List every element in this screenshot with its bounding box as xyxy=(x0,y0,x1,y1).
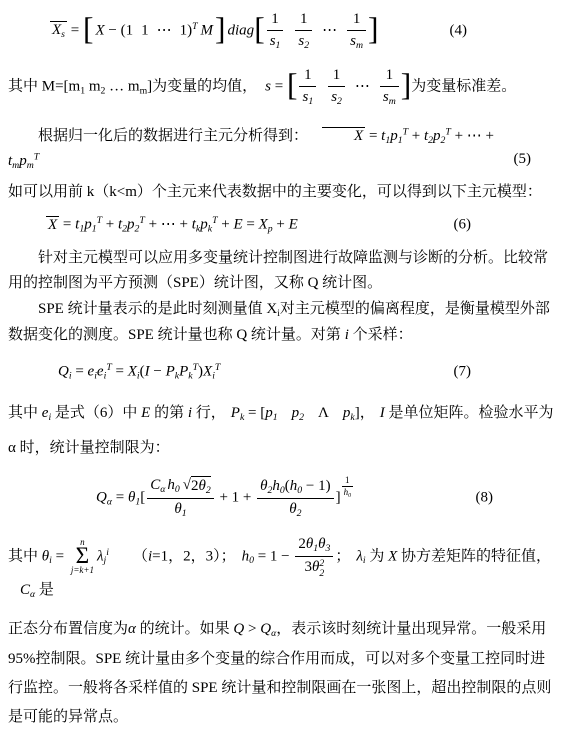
fraction: 1s1 xyxy=(267,10,284,52)
equation-number: (4) xyxy=(450,18,468,43)
math-variable: X xyxy=(203,363,212,379)
math-variable: θ xyxy=(312,559,319,575)
math-text: … m xyxy=(105,78,139,94)
equation-number: (7) xyxy=(454,359,472,384)
math-text: ⋯ xyxy=(355,78,370,94)
math-variable: X xyxy=(388,548,397,564)
fraction-denominator: s1 xyxy=(267,31,284,52)
math-text: 个采样： xyxy=(349,327,413,343)
big-bracket: [ xyxy=(287,67,298,102)
equation-body: Qi = eieiT = Xi(I − PkPkT)XiT xyxy=(58,362,220,382)
math-subscript: 3 xyxy=(326,542,331,553)
sum-lower-limit: j=k+1 xyxy=(71,566,94,575)
math-text: = xyxy=(271,78,287,94)
math-text: ⋯ xyxy=(157,22,172,38)
fraction: 1s2 xyxy=(295,10,312,52)
big-bracket: [ xyxy=(83,11,94,46)
math-variable: X xyxy=(128,363,137,379)
math-subscript: 2 xyxy=(299,412,304,423)
math-text: + xyxy=(408,128,424,144)
math-variable: p xyxy=(200,217,208,233)
fraction-numerator: 1 xyxy=(295,10,312,31)
math-text: 的统计。如果 xyxy=(136,621,234,637)
math-text: m xyxy=(85,78,100,94)
math-subscript: 2 xyxy=(337,96,342,107)
equation-number: (5) xyxy=(484,147,532,172)
math-subscript: 2 xyxy=(206,485,211,496)
math-subscript: s xyxy=(61,29,65,40)
math-text: 其中 M=[m xyxy=(8,78,80,94)
equation-number: (8) xyxy=(476,486,494,511)
para-definitions: 其中 M=[m1 m2 … mm]为变量的均值，s = [1s11s2⋯1sm]… xyxy=(8,66,559,108)
math-text: 1) xyxy=(180,22,193,38)
math-text: = xyxy=(52,548,68,564)
math-variable: E xyxy=(233,217,242,233)
math-subscript: 0 xyxy=(175,484,180,495)
math-text: ]为变量的均值， xyxy=(147,78,257,94)
math-variable: Q xyxy=(96,490,107,506)
math-text: + ⋯ + xyxy=(145,217,192,233)
overline-group: X xyxy=(322,127,365,145)
math-text: 1 xyxy=(386,67,394,83)
stack-subscript: 2 xyxy=(319,569,324,579)
math-text: （ xyxy=(133,548,148,564)
summation: nΣj=k+1 xyxy=(71,538,94,576)
math-text: + ⋯ + xyxy=(451,128,494,144)
math-subscript: 1 xyxy=(182,508,187,519)
math-text: =1，2，3）； xyxy=(152,548,235,564)
math-variable: h xyxy=(242,548,250,564)
math-variable: α xyxy=(128,621,136,637)
math-variable: C xyxy=(20,582,30,598)
para-ei-def: 其中 ei 是式（6）中 E 的第 i 行，Pk = [p1p2Λpk]，I 是… xyxy=(8,396,559,465)
fraction-denominator: s2 xyxy=(295,31,312,52)
math-text: > xyxy=(244,621,260,637)
fraction: 1sm xyxy=(347,10,366,52)
math-variable: h xyxy=(167,477,175,493)
math-subscript: m xyxy=(356,40,363,51)
math-text: [ xyxy=(140,490,145,506)
math-subscript: 0 xyxy=(348,493,351,499)
document-page: Xs = [X − (11⋯1)TM]diag[1s11s2⋯1sm](4)其中… xyxy=(0,0,567,740)
fraction-numerator: 1 xyxy=(299,66,316,87)
math-text: = xyxy=(365,128,381,144)
fraction-denominator: s2 xyxy=(328,87,345,108)
math-variable: p xyxy=(390,128,398,144)
math-text: − xyxy=(105,22,121,38)
para-k-components: 如可以用前 k（k<m）个主元来代表数据中的主要变化，可以得到以下主元模型： xyxy=(8,180,559,205)
math-variable: X xyxy=(52,22,61,38)
para-conclusion: 正态分布置信度为α 的统计。如果 Q > Qα，表示该时刻统计量出现异常。一般采… xyxy=(8,615,559,732)
fraction-numerator: θ2h0(h0 − 1) xyxy=(257,477,333,499)
equation-number: (6) xyxy=(454,213,472,238)
math-subscript: m xyxy=(27,160,34,171)
para-spc-intro: 针对主元模型可以应用多变量统计控制图进行故障监测与诊断的分析。比较常用的控制图为… xyxy=(8,246,559,296)
math-subscript: α xyxy=(160,484,165,495)
math-subscript: 1 xyxy=(308,96,313,107)
math-text: − xyxy=(150,363,166,379)
math-text: 1 xyxy=(333,67,341,83)
math-superscript: T xyxy=(192,21,197,32)
math-text: Λ xyxy=(318,405,329,421)
exponent-denominator: h0 xyxy=(342,487,353,500)
math-text: = 1 − xyxy=(254,548,293,564)
fraction-denominator: sm xyxy=(347,31,366,52)
math-text: + 1 + xyxy=(216,490,255,506)
math-text: ]， xyxy=(355,405,375,421)
exponent-numerator: 1 xyxy=(342,475,353,487)
math-variable: X xyxy=(354,128,363,144)
math-subscript: 2 xyxy=(304,40,309,51)
math-superscript: T xyxy=(215,362,220,373)
math-text: 2 xyxy=(298,536,306,552)
math-text: 其中 xyxy=(8,548,42,564)
math-text: 1 xyxy=(141,22,149,38)
math-variable: E xyxy=(289,217,298,233)
math-text: = xyxy=(112,490,128,506)
math-variable: p xyxy=(265,405,273,421)
math-subscript: 1 xyxy=(273,412,278,423)
math-text: = xyxy=(243,217,259,233)
fraction-denominator: sm xyxy=(380,87,399,108)
fraction-numerator: 1 xyxy=(380,66,399,87)
math-text: SPE 统计量表示的是此时刻测量值 X xyxy=(38,301,277,317)
math-variable: C xyxy=(150,477,160,493)
fraction: 1s2 xyxy=(328,66,345,108)
math-text: ] xyxy=(336,490,341,506)
math-text: = xyxy=(112,363,128,379)
math-text: ； xyxy=(335,548,350,564)
math-variable: P xyxy=(166,363,175,379)
big-bracket: ] xyxy=(368,11,379,46)
big-bracket: ] xyxy=(401,67,412,102)
math-variable: p xyxy=(127,217,135,233)
equation-7: Qi = eieiT = Xi(I − PkPkT)XiT(7) xyxy=(8,359,559,384)
overline-group: Xs xyxy=(50,21,67,40)
math-variable: P xyxy=(179,363,188,379)
fraction-numerator: 1 xyxy=(267,10,284,31)
math-text: 是式（6）中 xyxy=(51,405,141,421)
math-variable: diag xyxy=(228,22,255,38)
para-pca: 根据归一化后的数据进行主元分析得到：X = t1p1T + t2p2T + ⋯ … xyxy=(8,124,559,174)
math-text: 协方差矩阵的特征值， xyxy=(397,548,551,564)
math-variable: E xyxy=(141,405,150,421)
radical-icon: √ xyxy=(183,476,191,495)
math-text: 为 xyxy=(366,548,389,564)
math-text: 根据归一化后的数据进行主元分析得到： xyxy=(38,128,308,144)
fraction-denominator: s1 xyxy=(299,87,316,108)
math-text: = [ xyxy=(244,405,265,421)
fraction-numerator: 2θ1θ3 xyxy=(295,535,333,557)
math-text: ⋯ xyxy=(322,22,337,38)
math-text: 是 xyxy=(35,582,54,598)
fraction: θ2h0(h0 − 1)θ2 xyxy=(257,477,333,520)
math-variable: θ xyxy=(174,501,181,517)
math-variable: h xyxy=(272,478,280,494)
math-text: 3 xyxy=(305,559,313,575)
math-variable: θ xyxy=(289,501,296,517)
equation-4: Xs = [X − (11⋯1)TM]diag[1s11s2⋯1sm](4) xyxy=(8,10,559,52)
math-subscript: 2 xyxy=(297,508,302,519)
square-root: √2θ2 xyxy=(183,476,211,497)
equation-body: X = t1p1T + t2p2T + ⋯ + tkpkT + E = Xp +… xyxy=(46,215,298,235)
math-text: = xyxy=(67,22,83,38)
fraction-numerator: Cαh0√2θ2 xyxy=(147,476,214,499)
fraction: 2θ1θ33θ22 xyxy=(295,535,333,579)
fraction-denominator: 3θ22 xyxy=(295,557,333,579)
para-spe-meaning: SPE 统计量表示的是此时刻测量值 Xi对主元模型的偏离程度，是衡量模型外部数据… xyxy=(8,297,559,347)
math-text: 针对主元模型可以应用多变量统计控制图进行故障监测与诊断的分析。比较常用的控制图为… xyxy=(8,250,548,291)
math-variable: θ xyxy=(318,536,325,552)
overline-group: X xyxy=(46,216,59,234)
math-text: 其中 xyxy=(8,405,42,421)
math-text: 行， xyxy=(192,405,226,421)
math-variable: p xyxy=(19,153,27,169)
fraction: Cαh0√2θ2θ1 xyxy=(147,476,214,520)
equation-body: Xs = [X − (11⋯1)TM]diag[1s11s2⋯1sm] xyxy=(50,10,379,52)
math-variable: P xyxy=(231,405,240,421)
math-variable: p xyxy=(84,217,92,233)
math-variable: Q xyxy=(260,621,271,637)
math-text: 1 xyxy=(300,11,308,27)
math-text: 1 xyxy=(345,475,350,485)
sqrt-content: 2θ2 xyxy=(191,476,211,497)
equation-body: Qα = θ1[Cαh0√2θ2θ1 + 1 + θ2h0(h0 − 1)θ2]… xyxy=(96,475,353,520)
math-text: 的第 xyxy=(150,405,188,421)
math-variable: θ xyxy=(198,478,205,494)
math-text: 1 xyxy=(353,11,361,27)
sub-sup-stack: 22 xyxy=(319,559,324,579)
fraction: 1sm xyxy=(380,66,399,108)
math-variable: e xyxy=(97,363,104,379)
math-text: (1 xyxy=(121,22,134,38)
math-variable: X xyxy=(48,217,57,233)
exponent-fraction: 1h0 xyxy=(342,475,353,500)
math-variable: Q xyxy=(233,621,244,637)
math-superscript: T xyxy=(34,151,39,162)
math-superscript: i xyxy=(106,547,109,558)
sigma-icon: Σ xyxy=(71,547,94,567)
math-text: − 1) xyxy=(302,478,330,494)
math-text: + xyxy=(102,217,118,233)
fraction-numerator: 1 xyxy=(347,10,366,31)
math-text: + xyxy=(218,217,234,233)
fraction: 1s1 xyxy=(299,66,316,108)
math-text: 为变量标准差。 xyxy=(411,78,516,94)
math-variable: p xyxy=(433,128,441,144)
math-variable: M xyxy=(201,22,214,38)
fraction-numerator: 1 xyxy=(328,66,345,87)
math-text: 1 xyxy=(304,67,312,83)
para-theta-def: 其中 θi = nΣj=k+1λji（i=1，2，3）；h0 = 1 − 2θ1… xyxy=(8,535,559,604)
big-bracket: [ xyxy=(254,11,265,46)
equation-6: X = t1p1T + t2p2T + ⋯ + tkpkT + E = Xp +… xyxy=(8,213,559,238)
math-text: 如可以用前 k（k<m）个主元来代表数据中的主要变化，可以得到以下主元模型： xyxy=(8,184,542,200)
math-text: + xyxy=(273,217,289,233)
fraction-denominator: θ2 xyxy=(257,499,333,520)
math-variable: X xyxy=(95,22,104,38)
math-variable: X xyxy=(259,217,268,233)
equation-8: Qα = θ1[Cαh0√2θ2θ1 + 1 + θ2h0(h0 − 1)θ2]… xyxy=(8,475,559,520)
math-text: 正态分布置信度为 xyxy=(8,621,128,637)
fraction-denominator: θ1 xyxy=(147,499,214,520)
math-subscript: 1 xyxy=(276,40,281,51)
math-text: = xyxy=(72,363,88,379)
math-subscript: m xyxy=(389,96,396,107)
math-text: = xyxy=(59,217,75,233)
math-variable: Q xyxy=(58,363,69,379)
math-text: 1 xyxy=(271,11,279,27)
big-bracket: ] xyxy=(215,11,226,46)
